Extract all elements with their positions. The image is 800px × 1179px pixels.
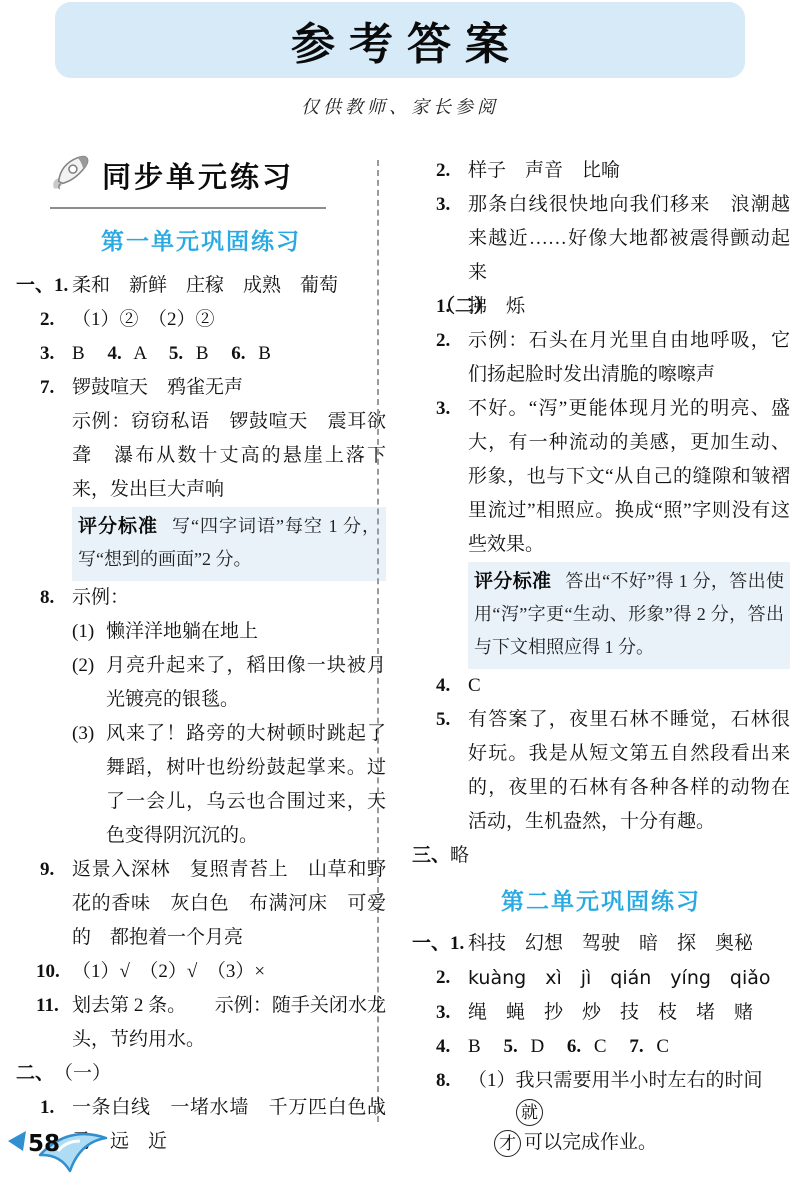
answer-number: 一、1. (16, 269, 68, 303)
answer-number: 3. (436, 188, 450, 222)
section-header: 同步单元练习 (50, 152, 326, 209)
answer-item-8: 8. 示例： (16, 581, 386, 615)
subitem-text: 月亮升起来了，稻田像一块被月光镀亮的银毯。 (106, 655, 386, 710)
section-text: （一） (54, 1063, 111, 1084)
answer-text: B (258, 343, 271, 364)
answer-key-banner: 参考答案 (55, 2, 745, 78)
subitem-text: 风来了！路旁的大树顿时跳起了舞蹈，树叶也纷纷鼓起掌来。过了一会儿，乌云也合围过来… (106, 723, 386, 846)
answer-text: （1）② （2）② (72, 309, 215, 330)
subitem-marker: (3) (72, 717, 94, 751)
section-number: 二、 (16, 1057, 54, 1091)
answer-item-r3: 3. 那条白线很快地向我们移来 浪潮越来越近……好像大地都被震得颤动起来 (412, 188, 790, 290)
page-subtitle: 仅供教师、家长参阅 (0, 93, 800, 119)
answer-text: 绳 蝇 抄 炒 技 枝 堵 赌 (468, 1002, 753, 1023)
answer-subitem: (3) 风来了！路旁的大树顿时跳起了舞蹈，树叶也纷纷鼓起掌来。过了一会儿，乌云也… (16, 717, 386, 853)
answer-item-r2: 2. 样子 声音 比喻 (412, 154, 790, 188)
answer-text: 示例：石头在月光里自由地呼吸，它们扬起脸时发出清脆的嚓嚓声 (468, 330, 790, 385)
answer-number: 5. (436, 703, 450, 737)
scoring-rubric: 评分标准写“四字词语”每空 1 分，写“想到的画面”2 分。 (72, 507, 386, 581)
answer-item-p2-3: 3. 不好。“泻”更能体现月光的明亮、盛大，有一种流动的美感，更加生动、形象，也… (412, 392, 790, 562)
answer-text: B (468, 1036, 481, 1057)
answer-text: 返景入深林 复照青苔上 山草和野花的香味 灰白色 布满河床 可爱的 都抱着一个月… (72, 859, 386, 948)
section-title: 同步单元练习 (102, 160, 294, 194)
answer-item-u2-2: 2. kuàng xì jì qián yíng qiǎo (412, 961, 790, 996)
answer-number: 一、1. (412, 927, 464, 961)
answer-item-p2-5: 5. 有答案了，夜里石林不睡觉，石林很好玩。我是从短文第五自然段看出来的，夜里的… (412, 703, 790, 839)
answer-number: 2. (436, 324, 450, 358)
unit1-header: 第一单元巩固练习 (16, 225, 386, 259)
right-column: 2. 样子 声音 比喻 3. 那条白线很快地向我们移来 浪潮越来越近……好像大地… (412, 148, 790, 1159)
answer-item-u2-4-7: 4. B 5. D 6. C 7. C (412, 1030, 790, 1064)
answer-item-p2-1: 1. 拂 烁 (412, 290, 790, 324)
answer-text: 柔和 新鲜 庄稼 成熟 葡萄 (72, 275, 338, 296)
subitem-marker: (1) (72, 615, 94, 649)
answer-section-2: 二、 （一） (16, 1057, 386, 1091)
answer-text: B (196, 343, 209, 364)
answer-number: 8. (436, 1064, 450, 1098)
answer-item-u2-8: 8. （1）我只需要用半小时左右的时间 (412, 1064, 790, 1098)
answer-number: 3. (40, 337, 54, 371)
answer-item-p2-2: 2. 示例：石头在月光里自由地呼吸，它们扬起脸时发出清脆的嚓嚓声 (412, 324, 790, 392)
answer-number: 11. (36, 989, 59, 1023)
answer-number: 6. (231, 343, 245, 364)
rubric-label: 评分标准 (474, 570, 551, 592)
answer-text: B (72, 343, 85, 364)
answer-section-3: 三、 略 (412, 839, 790, 873)
answer-text: 那条白线很快地向我们移来 浪潮越来越近……好像大地都被震得颤动起来 (468, 194, 790, 283)
answer-text: C (594, 1036, 607, 1057)
answer-number: 5. (503, 1036, 517, 1057)
answer-example: 示例：窃窃私语 锣鼓喧天 震耳欲聋 瀑布从数十丈高的悬崖上落下来，发出巨大声响 (16, 405, 386, 507)
circled-choice-row-bottom: 才 可以完成作业。 (412, 1127, 790, 1159)
answer-number: 2. (436, 961, 450, 995)
scoring-rubric: 评分标准答出“不好”得 1 分，答出使用“泻”字更“生动、形象”得 2 分，答出… (468, 562, 790, 669)
answer-text: C (656, 1036, 669, 1057)
page-number-badge: 58 (6, 1121, 116, 1173)
page-number: 58 (28, 1131, 60, 1157)
answer-number: 3. (436, 996, 450, 1030)
answer-text: 划去第 2 条。 示例：随手关闭水龙头，节约用水。 (72, 995, 386, 1050)
answer-number: 4. (436, 669, 450, 703)
subitem-marker: (2) (72, 649, 94, 683)
answer-text: C (468, 675, 481, 696)
answer-subitem: (2) 月亮升起来了，稻田像一块被月光镀亮的银毯。 (16, 649, 386, 717)
answer-number: 8. (40, 581, 54, 615)
answer-text: 一条白线 一堵水墙 千万匹白色战马 远 近 (72, 1097, 386, 1152)
answer-text: 科技 幻想 驾驶 暗 探 奥秘 (468, 933, 753, 954)
subitem-text: 懒洋洋地躺在地上 (106, 621, 258, 642)
answer-number: 4. (436, 1030, 450, 1064)
answer-item-7: 7. 锣鼓喧天 鸦雀无声 (16, 371, 386, 405)
answer-number: 5. (169, 343, 183, 364)
answer-item-u2-3: 3. 绳 蝇 抄 炒 技 枝 堵 赌 (412, 996, 790, 1030)
answer-number: 2. (436, 154, 450, 188)
answer-text: 有答案了，夜里石林不睡觉，石林很好玩。我是从短文第五自然段看出来的，夜里的石林有… (468, 709, 790, 832)
answer-number: 3. (436, 392, 450, 426)
answer-number: 10. (36, 955, 60, 989)
answer-number: 7. (40, 371, 54, 405)
rocket-icon (50, 152, 92, 202)
answer-text: 锣鼓喧天 鸦雀无声 (72, 377, 243, 398)
answer-subitem: (1) 懒洋洋地躺在地上 (16, 615, 386, 649)
section-number: 三、 (412, 839, 450, 873)
answer-number: 2. (40, 303, 54, 337)
answer-text: D (530, 1036, 544, 1057)
section-text: 略 (450, 845, 469, 866)
rocket-swoosh-icon (6, 1121, 116, 1173)
unit2-header: 第二单元巩固练习 (412, 885, 790, 919)
answer-item-11: 11. 划去第 2 条。 示例：随手关闭水龙头，节约用水。 (16, 989, 386, 1057)
answer-text: 拂 烁 (468, 296, 525, 317)
answer-item-3-6: 3. B 4. A 5. B 6. B (16, 337, 386, 371)
answer-text: （1）√ （2）√ （3）× (72, 961, 265, 982)
answer-text: （1）我只需要用半小时左右的时间 (468, 1070, 763, 1091)
answer-item-p2-4: 4. C (412, 669, 790, 703)
circled-character: 就 (516, 1099, 543, 1126)
circled-character: 才 (494, 1130, 521, 1157)
answer-item-2: 2. （1）② （2）② (16, 303, 386, 337)
rubric-label: 评分标准 (78, 515, 158, 537)
answer-number: 6. (567, 1036, 581, 1057)
answer-tail-text: 可以完成作业。 (524, 1126, 657, 1160)
answer-item-9: 9. 返景入深林 复照青苔上 山草和野花的香味 灰白色 布满河床 可爱的 都抱着… (16, 853, 386, 955)
answer-text: A (133, 343, 146, 364)
answer-item-10: 10. （1）√ （2）√ （3）× (16, 955, 386, 989)
answer-item-u2-1: 一、1. 科技 幻想 驾驶 暗 探 奥秘 (412, 927, 790, 961)
answer-number: 1. (436, 290, 450, 324)
answer-number: 4. (107, 343, 121, 364)
pinyin-answer-text: kuàng xì jì qián yíng qiǎo (468, 967, 771, 989)
answer-item-1: 一、1. 柔和 新鲜 庄稼 成熟 葡萄 (16, 269, 386, 303)
answer-number: 7. (629, 1036, 643, 1057)
answer-text: 不好。“泻”更能体现月光的明亮、盛大，有一种流动的美感，更加生动、形象，也与下文… (468, 398, 790, 555)
answer-number: 9. (40, 853, 54, 887)
answer-text: 样子 声音 比喻 (468, 160, 620, 181)
circled-choice-row-top: 就 (412, 1098, 790, 1127)
answer-number: 1. (40, 1091, 54, 1125)
answer-text: 示例： (72, 587, 129, 608)
answer-content: 同步单元练习 第一单元巩固练习 一、1. 柔和 新鲜 庄稼 成熟 葡萄 2. （… (0, 148, 800, 1159)
left-column: 同步单元练习 第一单元巩固练习 一、1. 柔和 新鲜 庄稼 成熟 葡萄 2. （… (16, 148, 386, 1159)
page-title: 参考答案 (277, 8, 523, 72)
